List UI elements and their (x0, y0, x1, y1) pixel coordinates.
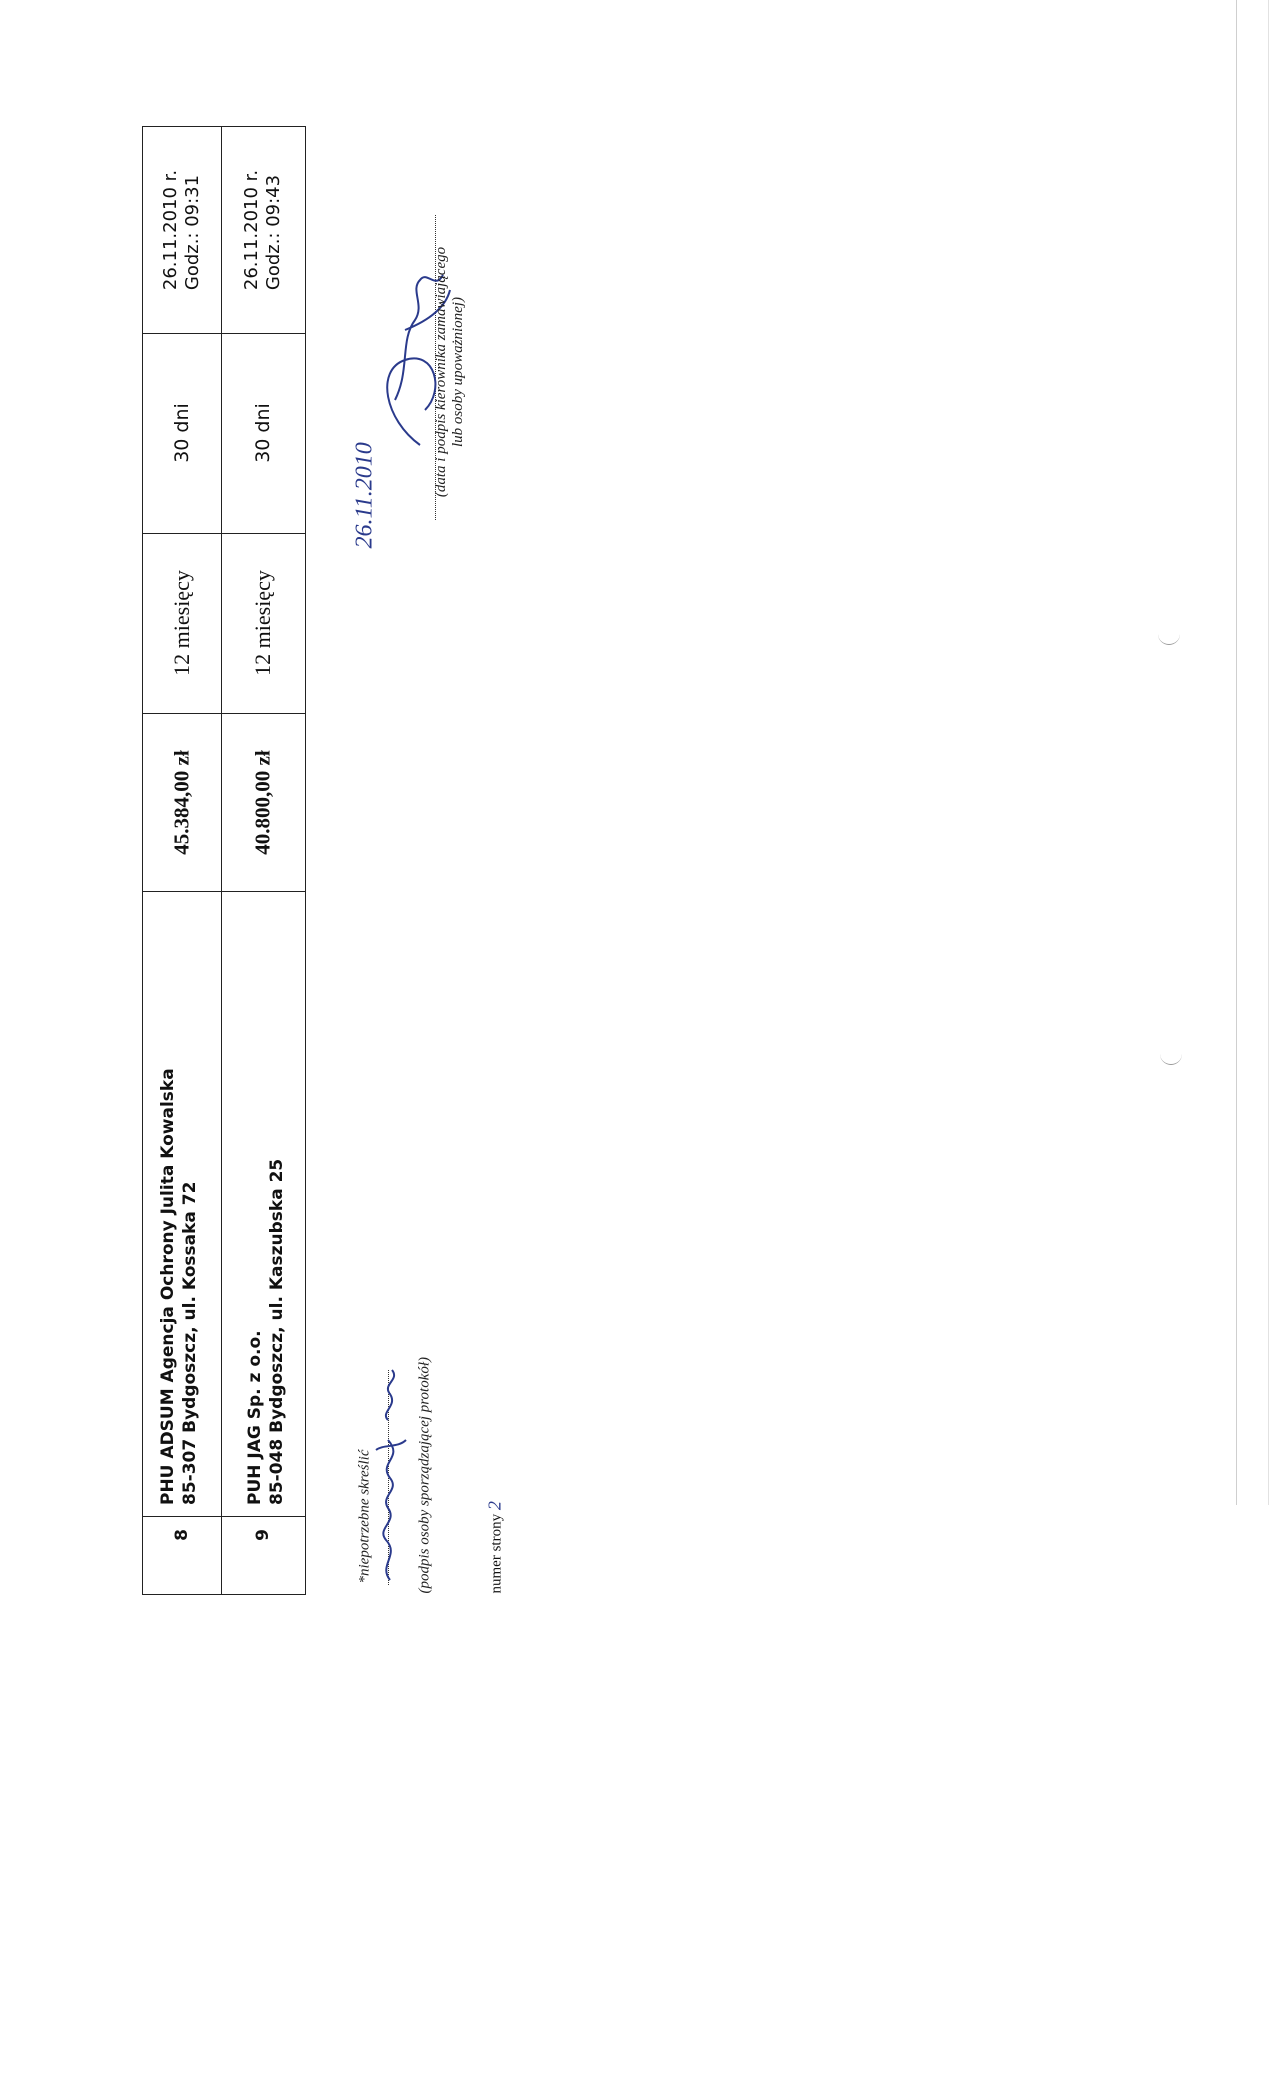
handwritten-signature-icon (370, 1340, 410, 1590)
company-cell: PHU ADSUM Agencja Ochrony Julita Kowalsk… (143, 891, 221, 1516)
offer-amount: 45.384,00 zł (170, 750, 195, 854)
number-cell: 8 (143, 1516, 221, 1594)
row-number: 9 (253, 1529, 273, 1541)
preparer-signature (370, 1340, 410, 1590)
amount-cell: 40.800,00 zł (221, 713, 305, 891)
manager-signature-label: (data i podpis kierownika zamawiającego … (433, 207, 467, 537)
page-number-label: numer strony (489, 1514, 505, 1594)
payment-term: 30 dni (252, 403, 274, 463)
company-name: PUH JAG Sp. z o.o. (244, 895, 266, 1505)
offers-table: 26.11.2010 r. Godz.: 09:31 30 dni 12 mie… (142, 126, 306, 1595)
punch-hole-icon (1160, 1050, 1182, 1065)
date-cell: 26.11.2010 r. Godz.: 09:31 (143, 127, 221, 333)
company-cell: PUH JAG Sp. z o.o. 85-048 Bydgoszcz, ul.… (221, 891, 305, 1516)
preparer-signature-label: (podpis osoby sporządzającej protokół) (417, 1344, 434, 1594)
company-address: 85-307 Bydgoszcz, ul. Kossaka 72 (179, 895, 201, 1505)
punch-hole-icon (1158, 630, 1180, 645)
manager-signature-label-line1: (data i podpis kierownika zamawiającego (433, 207, 450, 537)
manager-signature-label-line2: lub osoby upoważnionej) (450, 207, 467, 537)
number-cell: 9 (221, 1516, 305, 1594)
row-number: 8 (172, 1529, 192, 1541)
company-address: 85-048 Bydgoszcz, ul. Kaszubska 25 (266, 895, 288, 1505)
offer-date: 26.11.2010 r. (160, 170, 182, 290)
date-cell: 26.11.2010 r. Godz.: 09:43 (221, 127, 305, 333)
offer-time: Godz.: 09:43 (263, 170, 285, 290)
duration-cell: 12 miesięcy (143, 533, 221, 713)
company-name: PHU ADSUM Agencja Ochrony Julita Kowalsk… (157, 895, 179, 1505)
duration: 12 miesięcy (169, 570, 195, 676)
page-edge (1236, 0, 1237, 1505)
amount-cell: 45.384,00 zł (143, 713, 221, 891)
payment-term-cell: 30 dni (221, 333, 305, 533)
offer-date: 26.11.2010 r. (241, 170, 263, 290)
payment-term-cell: 30 dni (143, 333, 221, 533)
duration: 12 miesięcy (250, 570, 276, 676)
page-number-value: 2 (485, 1501, 505, 1510)
payment-term: 30 dni (171, 403, 193, 463)
page-number: numer strony 2 (485, 1484, 506, 1594)
page-edge (1268, 0, 1269, 1505)
offer-amount: 40.800,00 zł (251, 750, 276, 854)
offer-time: Godz.: 09:31 (182, 170, 204, 290)
duration-cell: 12 miesięcy (221, 533, 305, 713)
